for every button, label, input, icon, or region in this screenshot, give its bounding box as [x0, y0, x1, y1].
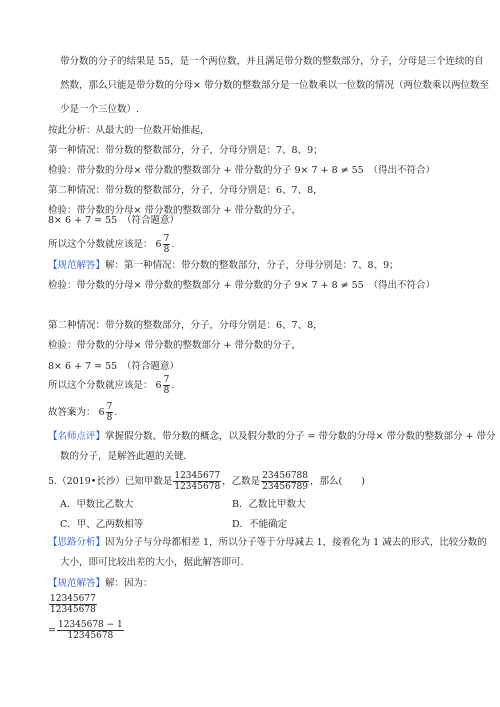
mixed-fraction: 78: [163, 234, 171, 255]
analysis-line-1: 按此分析：从最大的一位数开始推起，: [48, 125, 210, 137]
idea-line-2: 大小，即可比较出差的大小，据此解答即可．: [60, 557, 250, 569]
analysis-line-4: 第二种情况：带分数的整数部分，分子，分母分别是：6、7、8，: [48, 185, 323, 197]
standard-answer-label: 【规范解答】: [48, 260, 105, 271]
conclusion-line-1: 所以这个分数就应该是： 678.: [48, 234, 174, 255]
solution-line: 【规范解答】解：因为：: [48, 578, 153, 590]
calc-fraction-2: =12345678 − 112345678: [48, 620, 125, 641]
answer-prefix: 故答案为：: [48, 407, 96, 418]
teacher-comment-label: 【名师点评】: [48, 431, 105, 442]
solution-label: 【规范解答】: [48, 578, 105, 589]
teacher-comment-line-2: 数的分子，是解答此题的关键．: [60, 451, 193, 463]
intro-line-2: 然数，那么只能是带分数的分母× 带分数的整数部分是一位数乘以一位数的情况（两位数…: [60, 80, 489, 92]
conclusion-prefix: 所以这个分数就应该是：: [48, 239, 153, 250]
mixed-fraction: 78: [163, 375, 171, 396]
second-case-line-2: 检验：带分数的分母× 带分数的整数部分 + 带分数的分子，: [48, 340, 301, 352]
standard-answer-line-2: 检验：带分数的分母× 带分数的整数部分 + 带分数的分子 9× 7 + 8 ≠ …: [48, 280, 435, 292]
answer-line: 故答案为： 678.: [48, 402, 117, 423]
analysis-line-2: 第一种情况：带分数的整数部分，分子，分母分别是：7、8、9；: [48, 145, 323, 157]
second-case-line-3: 8× 6 + 7 = 55 （符合题意）: [48, 361, 179, 373]
intro-line-1: 带分数的分子的结果是 55，是一个两位数，并且满足带分数的整数部分，分子，分母是…: [60, 56, 484, 68]
option-d: D．不能确定: [232, 516, 287, 530]
analysis-line-3: 检验：带分数的分母× 带分数的整数部分 + 带分数的分子 9× 7 + 8 ≠ …: [48, 165, 435, 177]
answer-fraction: 78: [106, 402, 114, 423]
jia-fraction: 1234567712345678: [173, 471, 221, 492]
mixed-whole: 6: [156, 239, 162, 250]
question-5: 5.（2019•长沙）已知甲数是1234567712345678，乙数是2345…: [48, 471, 365, 492]
option-b: B．乙数比甲数大: [232, 496, 305, 510]
calc-fraction-1: 1234567712345678: [48, 594, 98, 615]
conclusion-line-2: 所以这个分数就应该是： 678.: [48, 375, 174, 396]
standard-answer-line-1: 【规范解答】解：第一种情况：带分数的整数部分，分子，分母分别是：7、8、9；: [48, 260, 399, 272]
second-case-line-1: 第二种情况：带分数的整数部分，分子，分母分别是：6、7、8，: [48, 320, 323, 332]
teacher-comment-line-1: 【名师点评】掌握假分数、带分数的概念，以及假分数的分子 = 带分数的分母× 带分…: [48, 431, 496, 443]
analysis-line-6: 8× 6 + 7 = 55 （符合题意）: [48, 215, 179, 227]
idea-label: 【思路分析】: [48, 537, 105, 548]
intro-line-3: 少是一个三位数）.: [60, 104, 139, 116]
yi-fraction: 2345678823456789: [261, 471, 309, 492]
idea-line-1: 【思路分析】因为分子与分母都相差 1，所以分子等于分母减去 1，接着化为 1 减…: [48, 537, 487, 549]
option-a: A．甲数比乙数大: [60, 496, 133, 510]
option-c: C．甲、乙两数相等: [60, 516, 143, 530]
